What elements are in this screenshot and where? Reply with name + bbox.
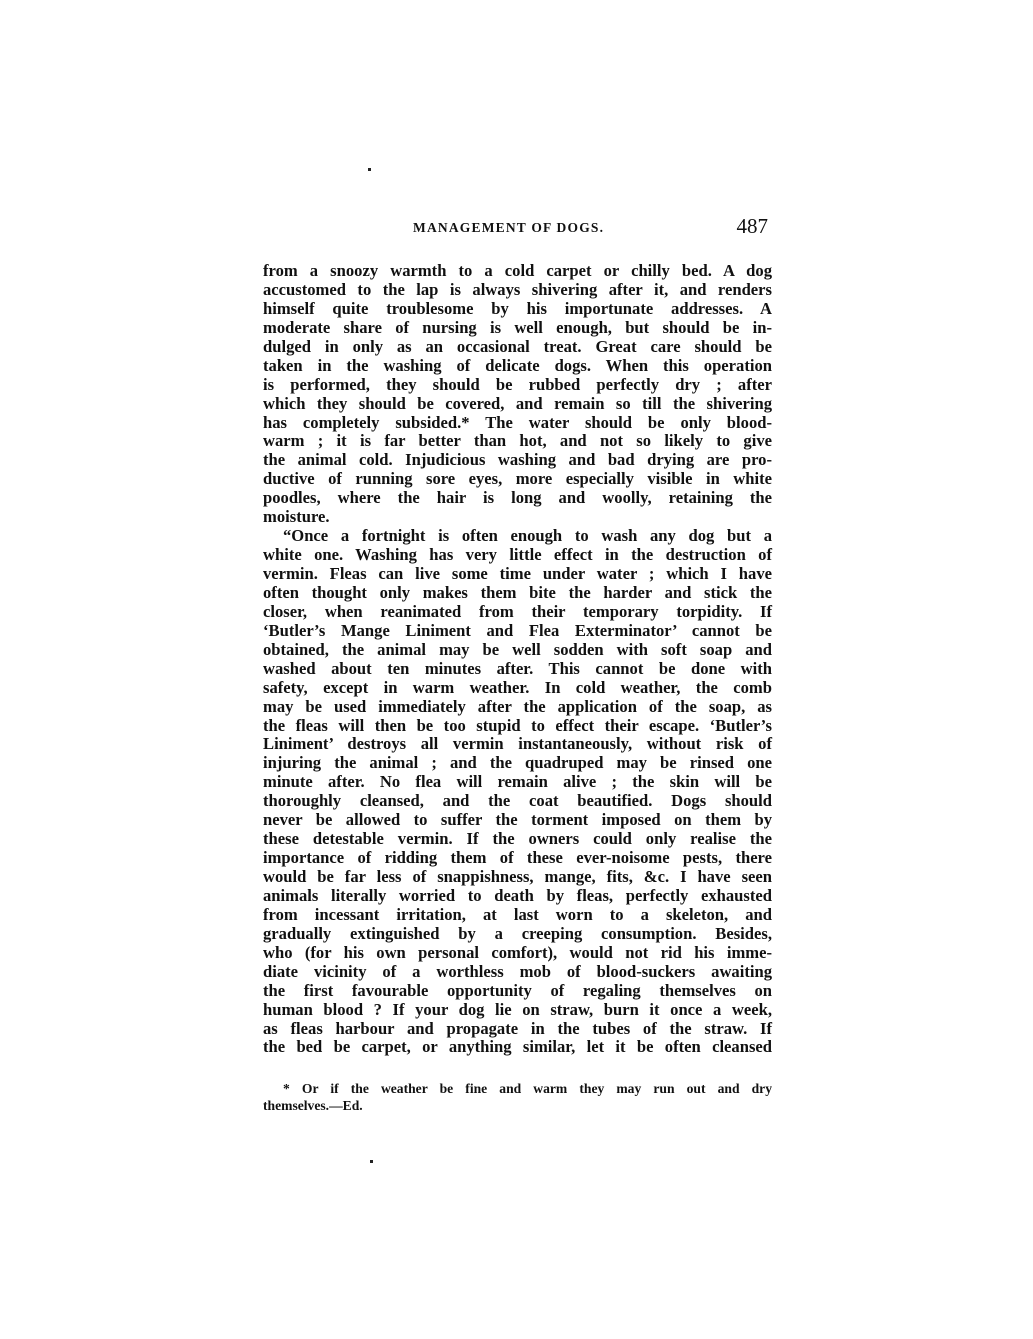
text-line: is performed, they should be rubbed perf… [263, 376, 772, 395]
text-line: washed about ten minutes after. This can… [263, 660, 772, 679]
page-number: 487 [737, 214, 769, 239]
text-line: animals literally worried to death by fl… [263, 887, 772, 906]
text-line: Liniment’ destroys all vermin instantane… [263, 735, 772, 754]
text-line: safety, except in warm weather. In cold … [263, 679, 772, 698]
text-line: which they should be covered, and remain… [263, 395, 772, 414]
text-line: as fleas harbour and propagate in the tu… [263, 1020, 772, 1039]
text-line: poodles, where the hair is long and wool… [263, 489, 772, 508]
text-line: has completely subsided.* The water shou… [263, 414, 772, 433]
text-line: taken in the washing of delicate dogs. W… [263, 357, 772, 376]
text-line: accustomed to the lap is always shiverin… [263, 281, 772, 300]
scan-speck [370, 1160, 373, 1163]
body-text: from a snoozy warmth to a cold carpet or… [263, 262, 772, 1057]
text-line: injuring the animal ; and the quadruped … [263, 754, 772, 773]
paragraph-start-line: “Once a fortnight is often enough to was… [263, 527, 772, 546]
paragraph-end-line: moisture. [263, 508, 772, 527]
text-line: the fleas will then be too stupid to eff… [263, 717, 772, 736]
text-line: the bed be carpet, or anything similar, … [263, 1038, 772, 1057]
text-line: often thought only makes them bite the h… [263, 584, 772, 603]
text-line: from incessant irritation, at last worn … [263, 906, 772, 925]
book-page: MANAGEMENT OF DOGS. 487 from a snoozy wa… [0, 0, 1033, 1339]
text-line: thoroughly cleansed, and the coat beauti… [263, 792, 772, 811]
footnote-line: themselves.—Ed. [263, 1097, 772, 1114]
text-line: obtained, the animal may be well sodden … [263, 641, 772, 660]
text-line: moderate share of nursing is well enough… [263, 319, 772, 338]
text-line: warm ; it is far better than hot, and no… [263, 432, 772, 451]
text-line: gradually extinguished by a creeping con… [263, 925, 772, 944]
text-line: minute after. No flea will remain alive … [263, 773, 772, 792]
text-line: diate vicinity of a worthless mob of blo… [263, 963, 772, 982]
footnote-line: * Or if the weather be fine and warm the… [263, 1080, 772, 1097]
text-line: would be far less of snappishness, mange… [263, 868, 772, 887]
text-line: closer, when reanimated from their tempo… [263, 603, 772, 622]
running-title: MANAGEMENT OF DOGS. [413, 220, 604, 236]
text-line: human blood ? If your dog lie on straw, … [263, 1001, 772, 1020]
text-line: these detestable vermin. If the owners c… [263, 830, 772, 849]
text-line: the animal cold. Injudicious washing and… [263, 451, 772, 470]
footnote: * Or if the weather be fine and warm the… [263, 1080, 772, 1114]
text-line: from a snoozy warmth to a cold carpet or… [263, 262, 772, 281]
text-line: ‘Butler’s Mange Liniment and Flea Exterm… [263, 622, 772, 641]
page-header: MANAGEMENT OF DOGS. 487 [263, 214, 772, 240]
text-line: may be used immediately after the applic… [263, 698, 772, 717]
text-line: who (for his own personal comfort), woul… [263, 944, 772, 963]
text-line: never be allowed to suffer the torment i… [263, 811, 772, 830]
text-line: vermin. Fleas can live some time under w… [263, 565, 772, 584]
scan-speck [368, 168, 371, 171]
text-line: dulged in only as an occasional treat. G… [263, 338, 772, 357]
text-line: white one. Washing has very little effec… [263, 546, 772, 565]
text-line: ductive of running sore eyes, more espec… [263, 470, 772, 489]
text-line: himself quite troublesome by his importu… [263, 300, 772, 319]
text-line: the first favourable opportunity of rega… [263, 982, 772, 1001]
text-line: importance of ridding them of these ever… [263, 849, 772, 868]
